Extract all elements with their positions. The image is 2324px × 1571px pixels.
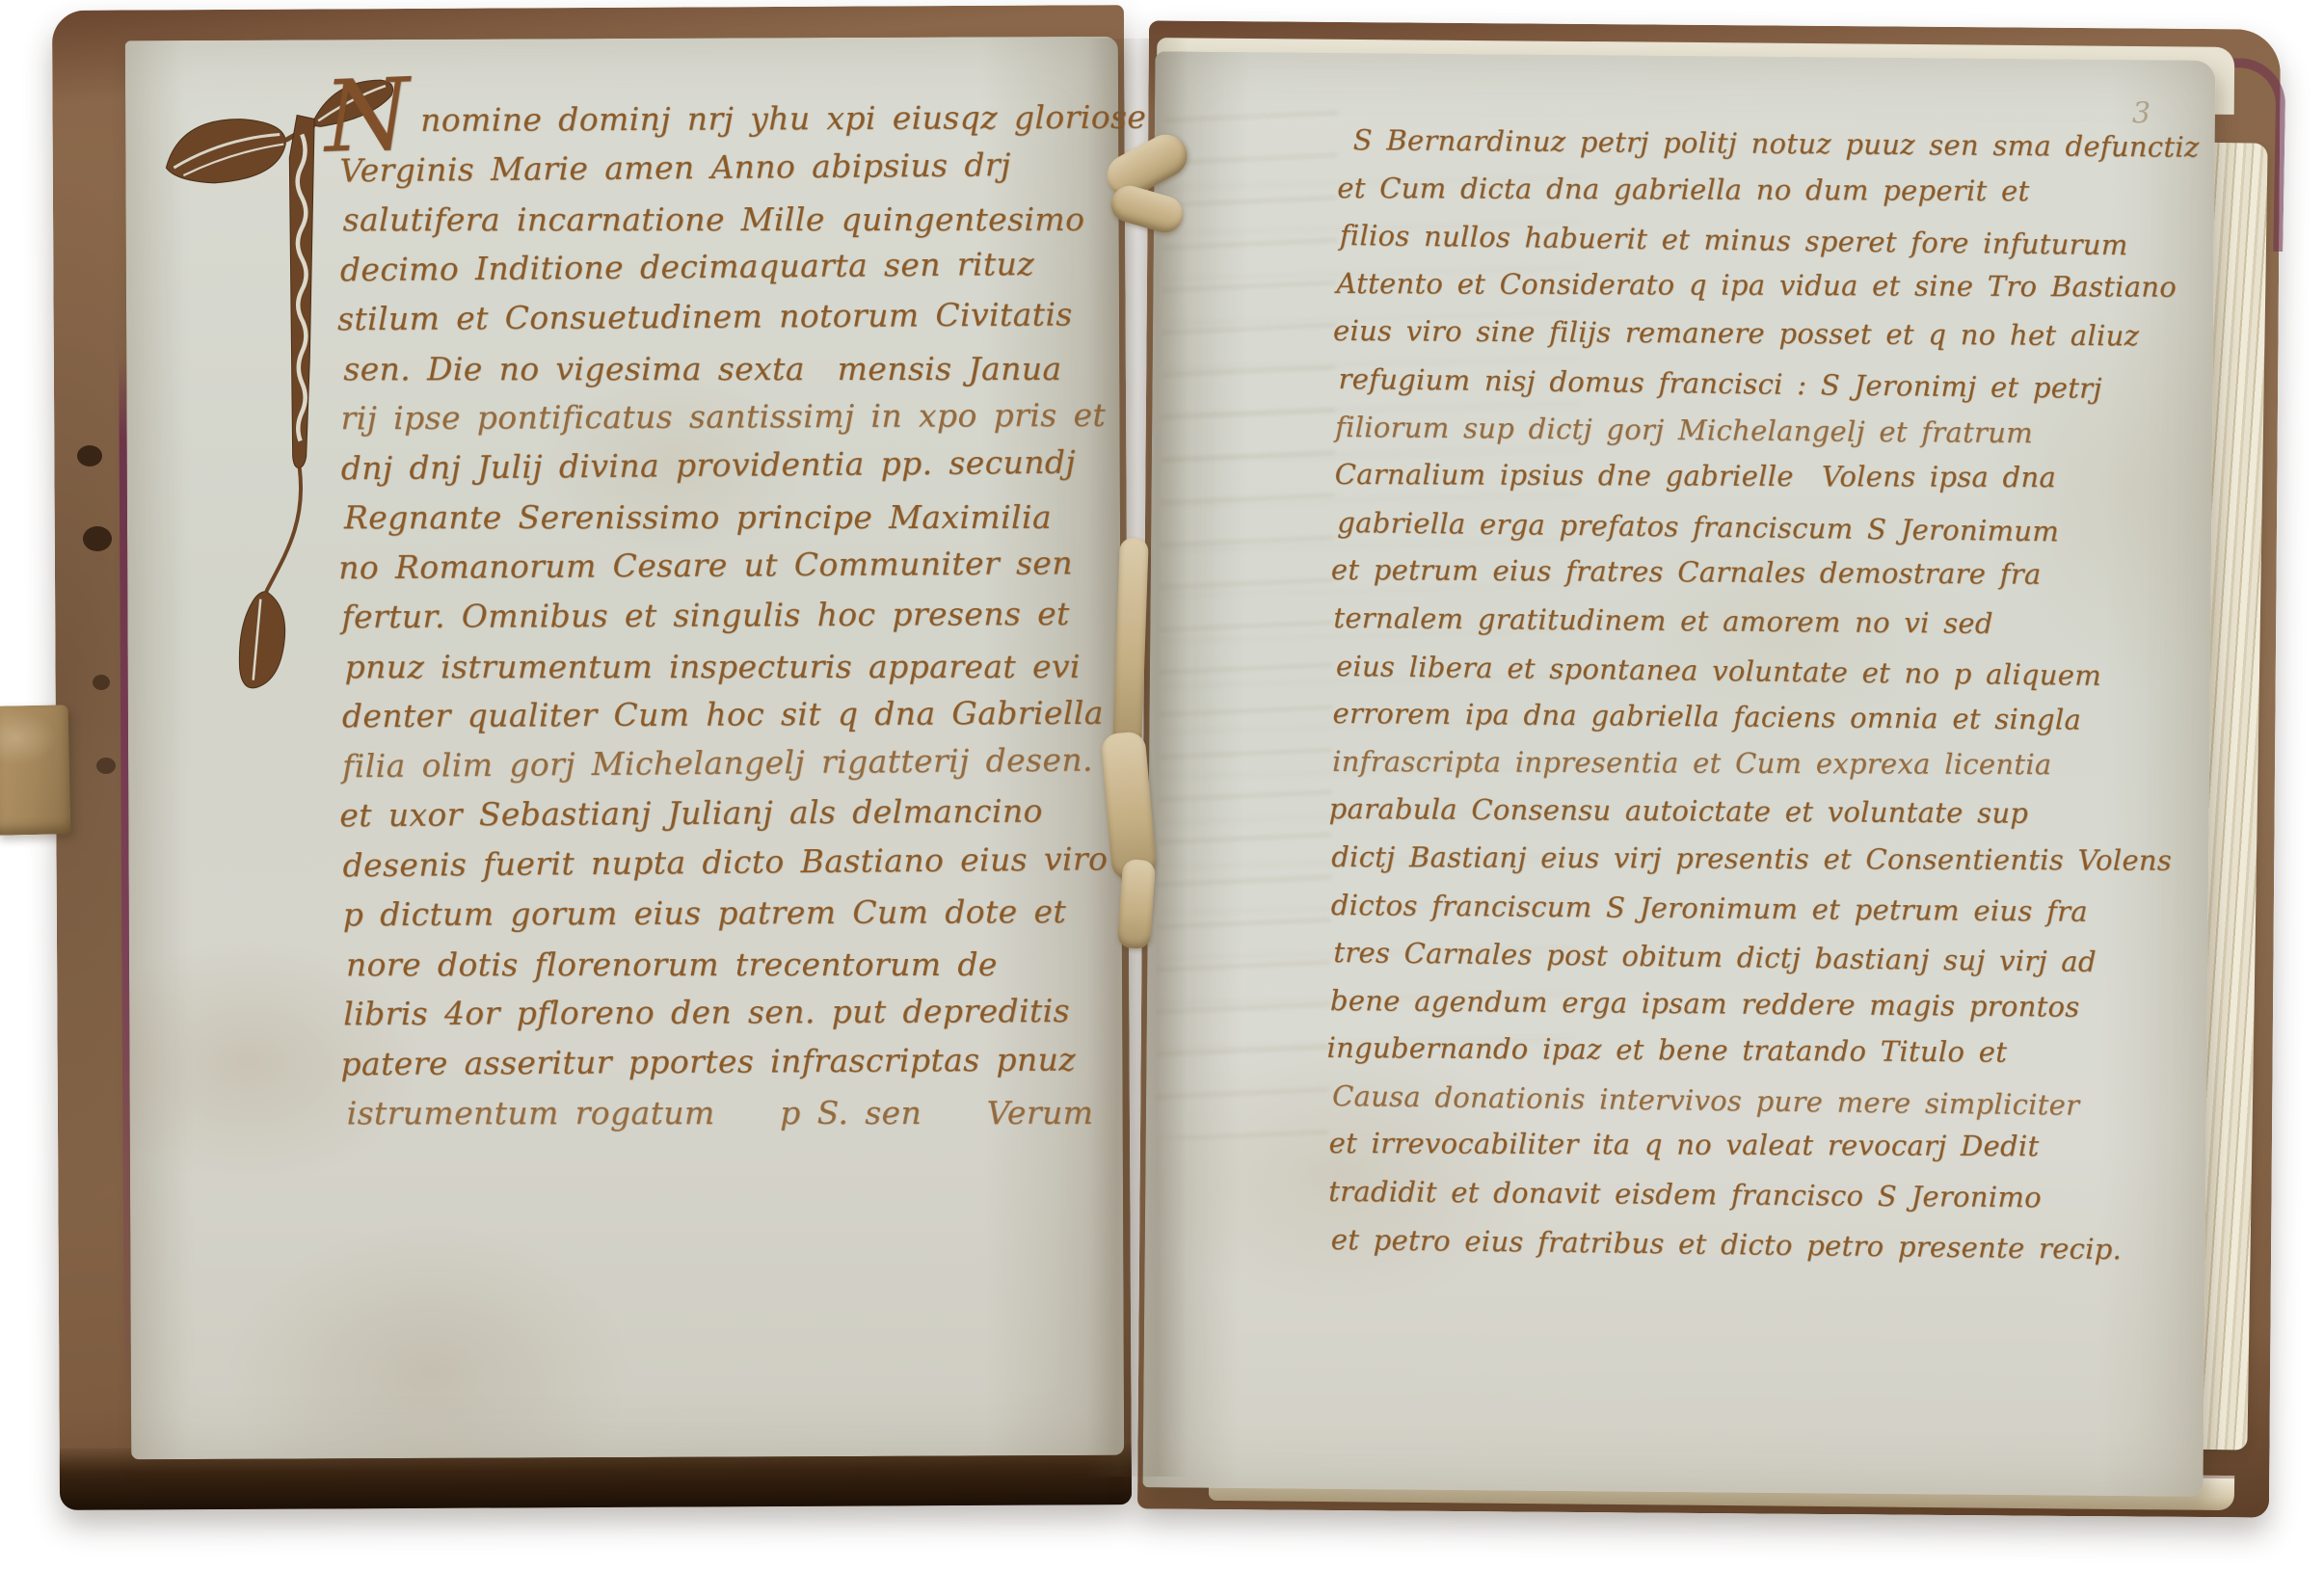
- binding-cord-lower: [1117, 859, 1156, 949]
- manuscript-line: patere asseritur pportes infrascriptas p…: [340, 1033, 1147, 1088]
- manuscript-line: sen. Die no vigesima sexta mensis Janua: [343, 343, 1150, 393]
- manuscript-line: infrascripta inpresentia et Cum exprexa …: [1332, 738, 2194, 789]
- manuscript-line: dictj Bastianj eius virj presentis et Co…: [1331, 834, 2193, 885]
- left-page-text-block: nomine dominj nrj yhu xpi eiusqz glorios…: [339, 93, 1151, 1138]
- manuscript-line: Carnalium ipsius dne gabrielle Volens ip…: [1335, 451, 2197, 502]
- manuscript-line: nore dotis florenorum trecentorum de: [346, 939, 1153, 989]
- manuscript-line: rij ipse pontificatus santissimj in xpo …: [340, 390, 1147, 443]
- manuscript-line: istrumentum rogatum p S. sen Verum: [347, 1088, 1154, 1138]
- manuscript-line: dnj dnj Julij divina providentia pp. sec…: [341, 436, 1149, 493]
- clasp-strap: [0, 705, 70, 836]
- manuscript-line: Attento et Considerato q ipa vidua et si…: [1336, 260, 2198, 311]
- right-page: 3 S Bernardinuz petrj politj notuz puuz …: [1143, 51, 2216, 1497]
- pen-flourish-tendril: [266, 467, 302, 591]
- manuscript-line: dictos franciscum S Jeronimum et petrum …: [1331, 881, 2193, 936]
- manuscript-book: N nomine dominj nrj yhu xpi eiusqz glori…: [0, 0, 2324, 1571]
- manuscript-line: tradidit et donavit eisdem francisco S J…: [1328, 1168, 2190, 1223]
- manuscript-line: ternalem gratitudinem et amorem no vi se…: [1333, 595, 2195, 650]
- manuscript-line: et Cum dicta dna gabriella no dum peperi…: [1337, 164, 2199, 215]
- left-page: N nomine dominj nrj yhu xpi eiusqz glori…: [125, 37, 1124, 1459]
- manuscript-line: eius viro sine filijs remanere posset et…: [1333, 307, 2195, 361]
- manuscript-line: parabula Consensu autoictate et voluntat…: [1328, 785, 2190, 839]
- manuscript-line: et petrum eius fratres Carnales demostra…: [1331, 546, 2193, 600]
- manuscript-line: bene agendum erga ipsam reddere magis pr…: [1330, 977, 2192, 1032]
- manuscript-line: libris 4or pfloreno den sen. put depredi…: [343, 986, 1150, 1039]
- manuscript-line: Regnante Serenissimo principe Maximilia: [344, 493, 1151, 543]
- manuscript-line: salutifera incarnatione Mille quingentes…: [343, 195, 1150, 245]
- manuscript-line: nomine dominj nrj yhu xpi eiusqz glorios…: [339, 93, 1146, 146]
- manuscript-line: et irrevocabiliter ita q no valeat revoc…: [1329, 1120, 2191, 1171]
- pen-flourish-leaf-bottom: [239, 592, 285, 688]
- manuscript-line: decimo Inditione decimaquarta sen rituz: [340, 237, 1148, 294]
- manuscript-line: desenis fuerit nupta dicto Bastiano eius…: [342, 833, 1150, 890]
- manuscript-line: filia olim gorj Michelangelj rigatterij …: [342, 733, 1150, 790]
- cover-hole-dot: [77, 445, 102, 466]
- cover-hole-dot: [83, 526, 112, 551]
- manuscript-line: pnuz istrumentum inspecturis appareat ev…: [345, 641, 1152, 691]
- manuscript-line: errorem ipa dna gabriella faciens omnia …: [1332, 690, 2194, 745]
- cover-hole-dot: [93, 675, 110, 690]
- photo-background: N nomine dominj nrj yhu xpi eiusqz glori…: [0, 0, 2324, 1571]
- manuscript-line: ingubernando ipaz et bene tratando Titul…: [1326, 1025, 2188, 1078]
- manuscript-line: p dictum gorum eius patrem Cum dote et: [343, 887, 1150, 940]
- manuscript-line: filiorum sup dictj gorj Michelangelj et …: [1335, 403, 2197, 458]
- manuscript-line: fertur. Omnibus et singulis hoc presens …: [341, 589, 1148, 642]
- manuscript-line: et petro eius fratribus et dicto petro p…: [1330, 1216, 2192, 1275]
- manuscript-line: S Bernardinuz petrj politj notuz puuz se…: [1338, 117, 2200, 172]
- manuscript-line: no Romanorum Cesare ut Communiter sen: [338, 537, 1145, 592]
- pen-flourish-leaf-left: [166, 119, 285, 183]
- right-page-text-block: S Bernardinuz petrj politj notuz puuz se…: [1328, 117, 2200, 1271]
- manuscript-line: denter qualiter Cum hoc sit q dna Gabrie…: [342, 688, 1149, 741]
- cover-hole-dot: [96, 758, 116, 774]
- manuscript-line: Verginis Marie amen Anno abipsius drj: [339, 138, 1147, 195]
- manuscript-line: stilum et Consuetudinem notorum Civitati…: [337, 289, 1144, 344]
- manuscript-line: et uxor Sebastianj Julianj als delmancin…: [339, 785, 1146, 840]
